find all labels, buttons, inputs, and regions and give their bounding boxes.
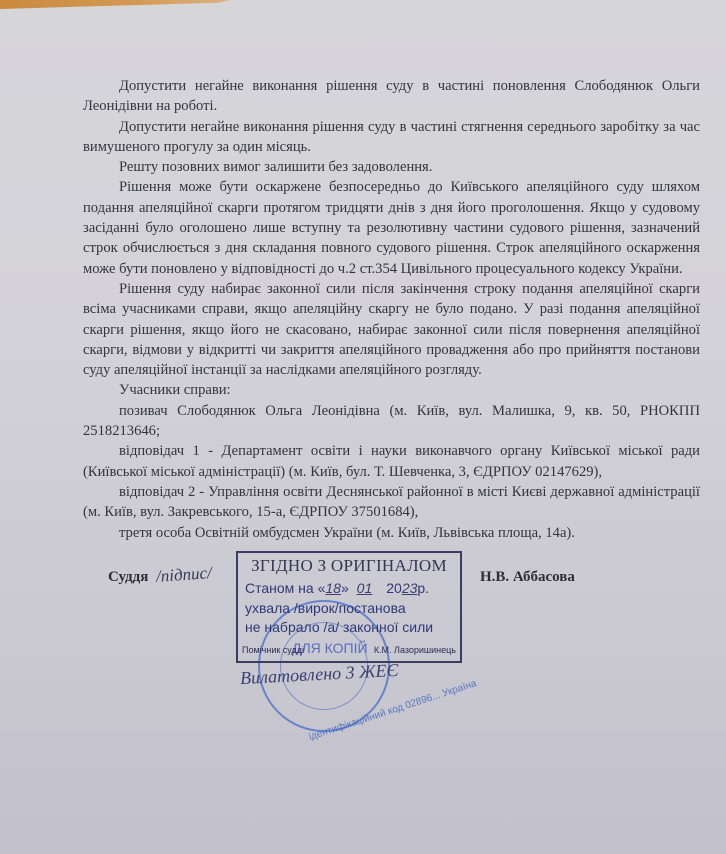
participant-third-party: третя особа Освітній омбудсмен України (… [83,523,700,543]
paragraph-appeal-right: Рішення може бути оскаржене безпосереднь… [83,177,700,278]
stamp-title: ЗГІДНО З ОРИГІНАЛОМ [238,556,460,576]
stamp-line-document-type: ухвала /вирок/постанова [245,600,406,616]
paragraph-immediate-reinstatement: Допустити негайне виконання рішення суду… [83,76,700,117]
certified-copy-stamp: ЗГІДНО З ОРИГІНАЛОМ Станом на «18» 01202… [236,551,462,663]
judge-signature: /підпис/ [155,563,212,587]
stamp-date-sep: » [341,580,349,596]
stamp-assistant-name: К.М. Лазоришинець [374,645,456,655]
stamp-line-status: не набрало /а/ законної сили [245,619,433,635]
paragraph-immediate-salary: Допустити негайне виконання рішення суду… [83,117,700,158]
stamp-date-suffix: р. [417,580,429,596]
paragraph-remaining-claims: Решту позовних вимог залишити без задово… [83,157,700,177]
judge-label: Суддя [108,569,148,586]
participant-defendant-2: відповідач 2 - Управління освіти Деснянс… [83,482,700,523]
document-body: Допустити негайне виконання рішення суду… [83,76,700,543]
document-page: Допустити негайне виконання рішення суду… [0,0,726,854]
stamp-date-month: 01 [353,580,387,596]
stamp-date-line: Станом на «18» 012023р. [245,580,429,596]
stamp-assistant-label: Помічник судді [242,645,304,655]
stamp-date-year: 23 [402,580,418,596]
stamp-date-year-prefix: 20 [386,580,402,596]
participants-heading: Учасники справи: [83,380,700,400]
stamp-date-prefix: Станом на « [245,580,325,596]
paragraph-legal-force: Рішення суду набирає законної сили після… [83,279,700,380]
stamp-date-day: 18 [325,580,341,596]
stamp-footer: Помічник судді К.М. Лазоришинець [242,645,458,655]
participant-defendant-1: відповідач 1 - Департамент освіти і наук… [83,441,700,482]
participant-plaintiff: позивач Слободянюк Ольга Леонідівна (м. … [83,401,700,442]
judge-name: Н.В. Аббасова [480,569,575,586]
